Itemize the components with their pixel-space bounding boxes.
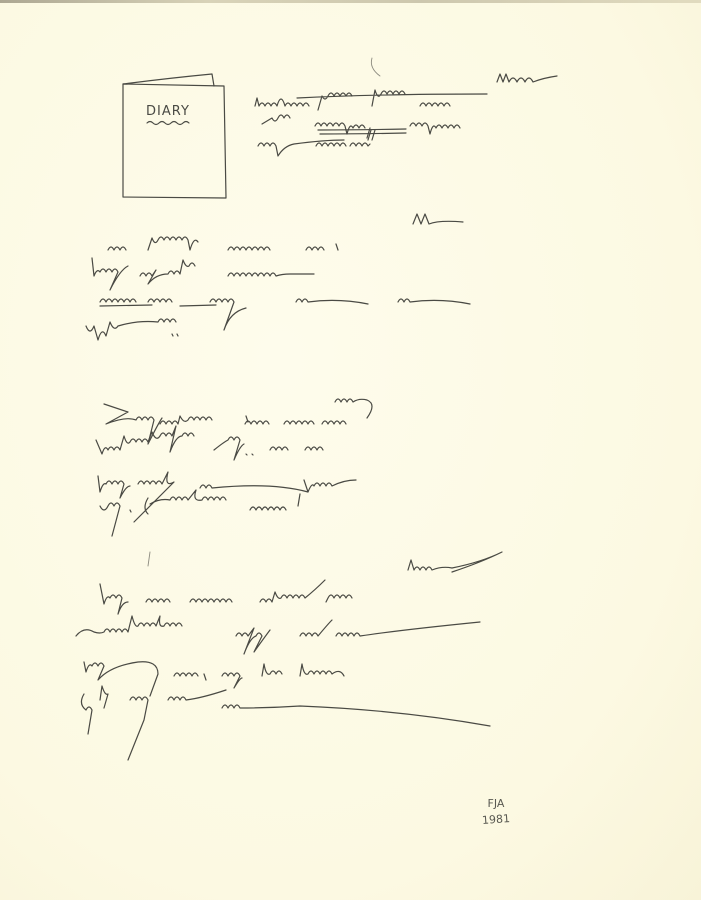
document-page: DIARY (0, 0, 701, 900)
paragraph-4-scribble (0, 0, 701, 900)
signature-year: 1981 (477, 811, 514, 829)
signature-block: FJA 1981 (478, 796, 514, 828)
signature-initials: FJA (488, 797, 505, 810)
